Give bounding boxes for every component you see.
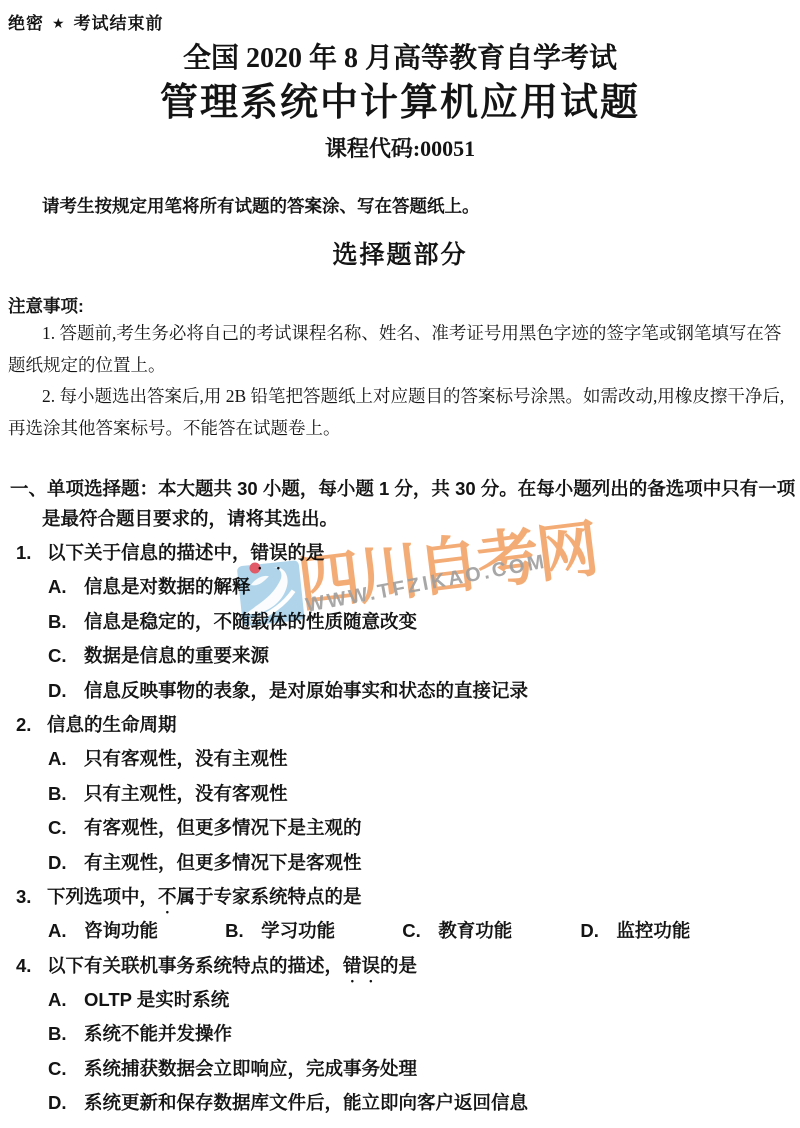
option-text: 监控功能 xyxy=(616,920,690,941)
question-text: 下列选项中，不属于专家系统特点的是 xyxy=(47,886,362,907)
option-label: B. xyxy=(48,1017,84,1051)
question-2-stem: 2.信息的生命周期 xyxy=(0,708,800,742)
course-code: 课程代码:00051 xyxy=(0,134,800,164)
secrecy-header: 绝密★考试结束前 xyxy=(8,9,164,34)
question-3-option-B: B.学习功能 xyxy=(225,914,397,948)
question-2-option-B: B.只有主观性，没有客观性 xyxy=(0,777,800,811)
option-text: 信息反映事物的表象，是对原始事实和状态的直接记录 xyxy=(84,680,528,701)
question-4-option-D: D.系统更新和保存数据库文件后，能立即向客户返回信息 xyxy=(0,1086,800,1120)
option-label: A. xyxy=(48,983,84,1017)
section-part-title: 选择题部分 xyxy=(0,238,800,272)
question-4: 4.以下有关联机事务系统特点的描述，错误的是 A.OLTP 是实时系统 B.系统… xyxy=(0,949,800,1121)
question-4-option-C: C.系统捕获数据会立即响应，完成事务处理 xyxy=(0,1052,800,1086)
option-text: 只有主观性，没有客观性 xyxy=(84,783,288,804)
notice-title: 注意事项: xyxy=(0,294,800,318)
option-label: A. xyxy=(48,742,84,776)
question-number: 2. xyxy=(16,708,47,742)
question-number: 4. xyxy=(16,949,47,983)
question-2: 2.信息的生命周期 A.只有客观性，没有主观性 B.只有主观性，没有客观性 C.… xyxy=(0,708,800,880)
question-1-option-A: A.信息是对数据的解释 xyxy=(0,570,800,604)
emphasized-text: 错误 xyxy=(343,955,380,976)
option-label: C. xyxy=(48,1052,84,1086)
question-3-option-D: D.监控功能 xyxy=(580,914,690,948)
option-label: A. xyxy=(48,570,84,604)
timing-label: 考试结束前 xyxy=(74,14,164,33)
option-text: OLTP 是实时系统 xyxy=(84,989,229,1010)
option-label: C. xyxy=(48,811,84,845)
option-label: B. xyxy=(225,914,261,948)
option-text: 教育功能 xyxy=(438,920,512,941)
question-1: 1.以下关于信息的描述中，错误的是 A.信息是对数据的解释 B.信息是稳定的，不… xyxy=(0,536,800,708)
answer-instruction: 请考生按规定用笔将所有试题的答案涂、写在答题纸上。 xyxy=(8,194,792,218)
question-text: 以下有关联机事务系统特点的描述，错误的是 xyxy=(47,955,417,976)
question-2-option-A: A.只有客观性，没有主观性 xyxy=(0,742,800,776)
secrecy-label: 绝密 xyxy=(8,14,44,33)
exam-paper-page: 绝密★考试结束前 全国 2020 年 8 月高等教育自学考试 管理系统中计算机应… xyxy=(0,0,800,1128)
option-text: 系统捕获数据会立即响应，完成事务处理 xyxy=(84,1058,417,1079)
option-label: C. xyxy=(48,639,84,673)
emphasized-text: 不 xyxy=(158,886,177,907)
option-text: 学习功能 xyxy=(261,920,335,941)
mcq-section-header: 一、单项选择题：本大题共 30 小题，每小题 1 分，共 30 分。在每小题列出… xyxy=(0,474,800,534)
question-text: 以下关于信息的描述中，错误的是 xyxy=(47,542,325,563)
question-2-option-D: D.有主观性，但更多情况下是客观性 xyxy=(0,846,800,880)
question-4-option-B: B.系统不能并发操作 xyxy=(0,1017,800,1051)
question-3-stem: 3.下列选项中，不属于专家系统特点的是 xyxy=(0,880,800,914)
notice-item-1: 1. 答题前,考生务必将自己的考试课程名称、姓名、准考证号用黑色字迹的签字笔或钢… xyxy=(0,318,800,381)
question-1-option-C: C.数据是信息的重要来源 xyxy=(0,639,800,673)
option-label: A. xyxy=(48,914,84,948)
option-label: B. xyxy=(48,777,84,811)
question-4-stem: 4.以下有关联机事务系统特点的描述，错误的是 xyxy=(0,949,800,983)
option-text: 信息是稳定的，不随载体的性质随意改变 xyxy=(84,611,417,632)
option-label: D. xyxy=(580,914,616,948)
question-1-option-B: B.信息是稳定的，不随载体的性质随意改变 xyxy=(0,605,800,639)
option-text: 有客观性，但更多情况下是主观的 xyxy=(84,817,362,838)
question-1-option-D: D.信息反映事物的表象，是对原始事实和状态的直接记录 xyxy=(0,674,800,708)
exam-subject-title: 管理系统中计算机应用试题 xyxy=(0,80,800,126)
question-2-option-C: C.有客观性，但更多情况下是主观的 xyxy=(0,811,800,845)
option-text: 系统更新和保存数据库文件后，能立即向客户返回信息 xyxy=(84,1092,528,1113)
question-1-stem: 1.以下关于信息的描述中，错误的是 xyxy=(0,536,800,570)
question-3-option-A: A.咨询功能 xyxy=(48,914,220,948)
option-label: C. xyxy=(402,914,438,948)
option-text: 系统不能并发操作 xyxy=(84,1023,232,1044)
option-label: D. xyxy=(48,674,84,708)
emphasized-text: 错误 xyxy=(251,542,288,563)
question-number: 3. xyxy=(16,880,47,914)
question-3: 3.下列选项中，不属于专家系统特点的是 A.咨询功能 B.学习功能 C.教育功能… xyxy=(0,880,800,949)
question-4-option-A: A.OLTP 是实时系统 xyxy=(0,983,800,1017)
option-text: 数据是信息的重要来源 xyxy=(84,645,269,666)
star-icon: ★ xyxy=(52,15,66,31)
question-number: 1. xyxy=(16,536,47,570)
question-list: 1.以下关于信息的描述中，错误的是 A.信息是对数据的解释 B.信息是稳定的，不… xyxy=(0,536,800,1121)
option-text: 信息是对数据的解释 xyxy=(84,576,251,597)
option-text: 有主观性，但更多情况下是客观性 xyxy=(84,852,362,873)
notice-item-2: 2. 每小题选出答案后,用 2B 铅笔把答题纸上对应题目的答案标号涂黑。如需改动… xyxy=(0,381,800,444)
option-label: B. xyxy=(48,605,84,639)
option-label: D. xyxy=(48,846,84,880)
option-label: D. xyxy=(48,1086,84,1120)
option-text: 只有客观性，没有主观性 xyxy=(84,748,288,769)
question-text: 信息的生命周期 xyxy=(47,714,177,735)
question-3-option-C: C.教育功能 xyxy=(402,914,575,948)
option-text: 咨询功能 xyxy=(84,920,158,941)
question-3-options-row: A.咨询功能 B.学习功能 C.教育功能 D.监控功能 xyxy=(0,914,800,948)
